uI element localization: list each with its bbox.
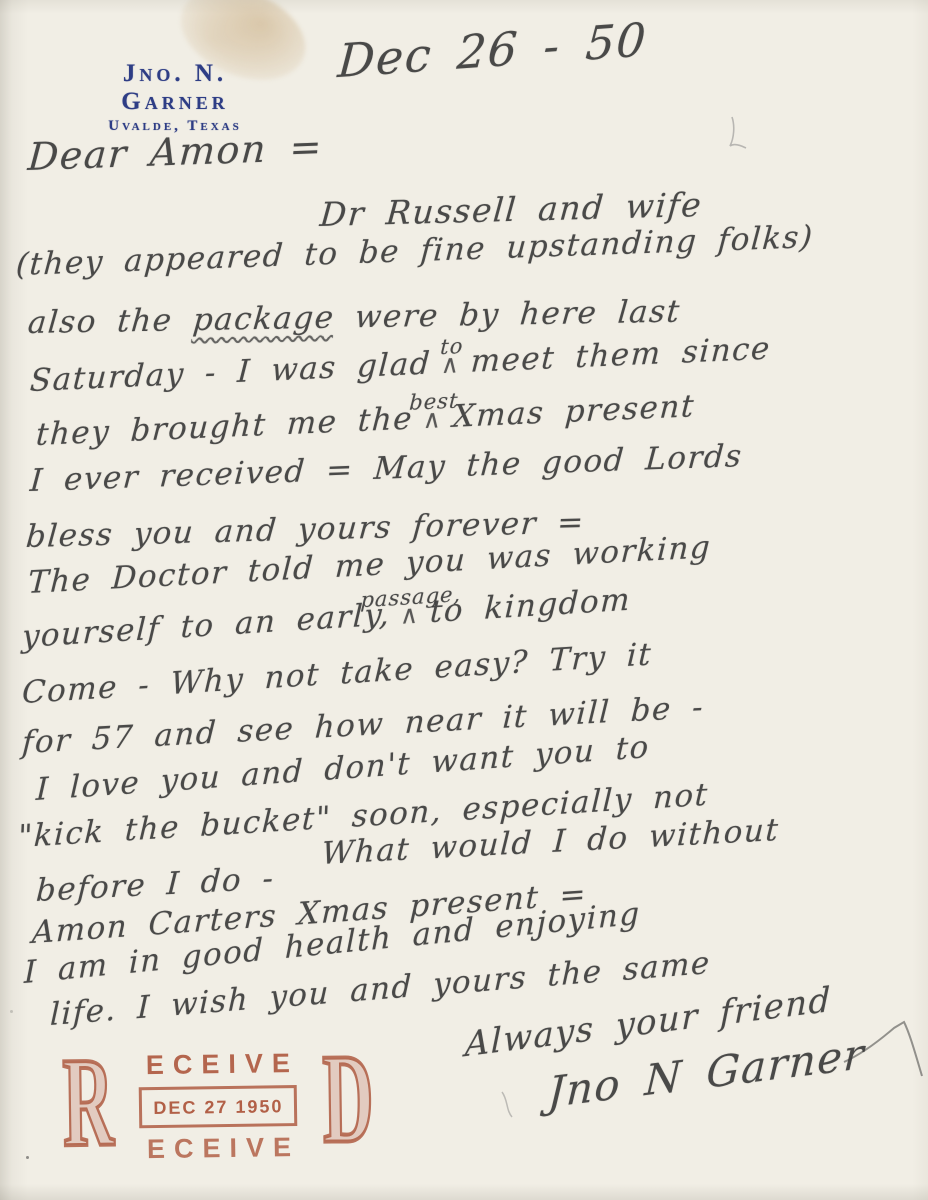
insertion: best∧	[422, 402, 444, 434]
stamp-letter-d: D	[322, 1047, 374, 1163]
letter-line-5: they brought me thebest∧Xmas present	[35, 391, 696, 451]
line-segment: Saturday - I was glad	[29, 345, 432, 399]
letter-page: Jno. N. Garner Uvalde, Texas Dec 26 - 50…	[0, 0, 928, 1200]
stamp-date: DEC 27 1950	[139, 1085, 298, 1128]
stamp-letter-r: R	[62, 1051, 114, 1167]
letter-salutation: Dear Amon =	[27, 128, 325, 176]
line-segment: were by here last	[333, 294, 682, 336]
letterhead-name: Jno. N. Garner	[68, 60, 282, 116]
pencil-smudge	[498, 1090, 520, 1120]
letter-line-6: I ever received = May the good Lords	[29, 441, 744, 497]
pencil-mark	[724, 114, 750, 154]
insertion: passage,∧	[400, 598, 421, 630]
stamp-word-bottom: ECEIVE	[138, 1134, 300, 1163]
line-segment: Xmas present	[452, 388, 696, 435]
letter-line-4: Saturday - I was gladto∧meet them since	[29, 334, 772, 397]
line-segment: also the	[26, 302, 194, 341]
line-segment: yourself to an early,	[21, 596, 391, 655]
caret-mark: ∧	[440, 349, 461, 379]
stamp-center: ECEIVE DEC 27 1950 ECEIVE	[137, 1048, 301, 1165]
stamp-word-top: ECEIVE	[137, 1050, 299, 1079]
line-segment: meet them since	[470, 331, 772, 380]
ink-speck	[10, 1010, 13, 1013]
letter-line-3: also the package were by here last	[27, 297, 682, 339]
letterhead: Jno. N. Garner Uvalde, Texas	[68, 60, 282, 135]
received-stamp: R ECEIVE DEC 27 1950 ECEIVE D	[41, 1048, 273, 1166]
underlined-word: package	[191, 300, 336, 339]
signature-flourish	[842, 1018, 926, 1082]
line-segment: they brought me the	[35, 400, 414, 453]
ink-speck	[26, 1156, 29, 1159]
handwritten-date: Dec 26 - 50	[336, 16, 648, 84]
insertion: to∧	[440, 347, 462, 379]
caret-mark: ∧	[400, 600, 421, 630]
caret-mark: ∧	[422, 404, 443, 434]
